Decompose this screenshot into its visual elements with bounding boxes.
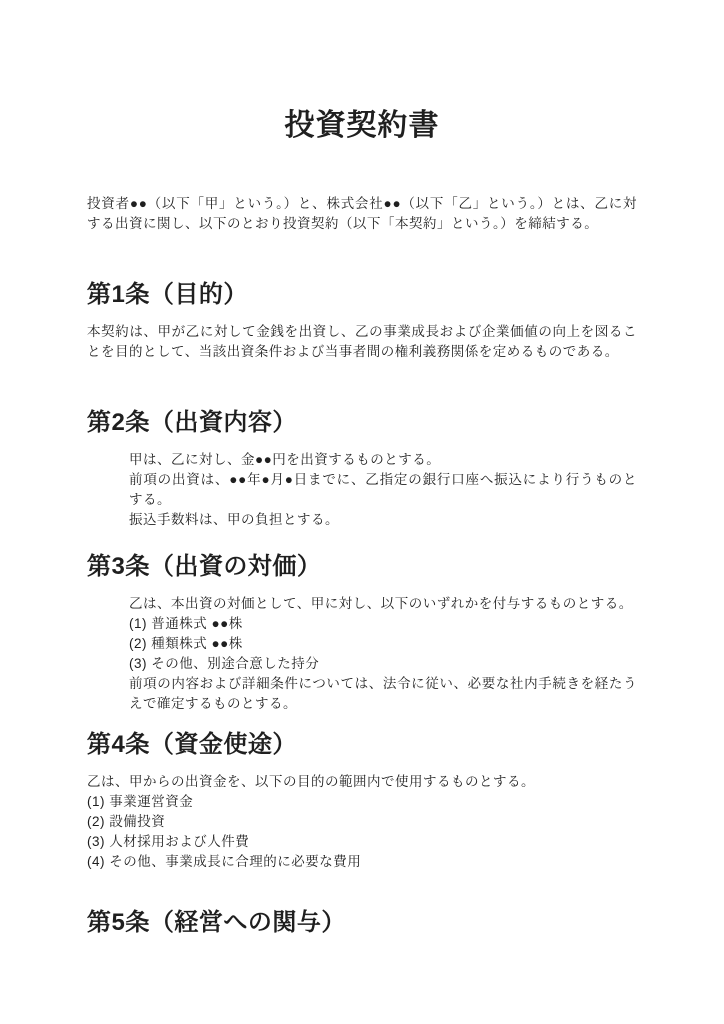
- section-article-1: 第1条（目的） 本契約は、甲が乙に対して金銭を出資し、乙の事業成長および企業価値…: [87, 280, 637, 362]
- article-4-heading: 第4条（資金使途）: [87, 730, 637, 760]
- section-article-4: 第4条（資金使途） 乙は、甲からの出資金を、以下の目的の範囲内で使用するものとす…: [87, 730, 637, 872]
- article-2-body: 甲は、乙に対し、金●●円を出資するものとする。 前項の出資は、●●年●月●日まで…: [87, 450, 637, 530]
- article-1-body: 本契約は、甲が乙に対して金銭を出資し、乙の事業成長および企業価値の向上を図ること…: [87, 322, 637, 362]
- document-title: 投資契約書: [87, 106, 637, 146]
- article-4-body: 乙は、甲からの出資金を、以下の目的の範囲内で使用するものとする。 (1) 事業運…: [87, 772, 637, 872]
- document-intro-paragraph: 投資者●●（以下「甲」という。）と、株式会社●●（以下「乙」という。）とは、乙に…: [87, 194, 637, 234]
- article-2-line-1: 甲は、乙に対し、金●●円を出資するものとする。: [129, 450, 637, 470]
- article-4-list-item-4: (4) その他、事業成長に合理的に必要な費用: [87, 852, 637, 872]
- section-article-3: 第3条（出資の対価） 乙は、本出資の対価として、甲に対し、以下のいずれかを付与す…: [87, 552, 637, 714]
- article-3-list-item-2: (2) 種類株式 ●●株: [129, 634, 637, 654]
- section-article-2: 第2条（出資内容） 甲は、乙に対し、金●●円を出資するものとする。 前項の出資は…: [87, 408, 637, 530]
- article-4-list-item-2: (2) 設備投資: [87, 812, 637, 832]
- article-4-list-item-3: (3) 人材採用および人件費: [87, 832, 637, 852]
- article-3-list-item-1: (1) 普通株式 ●●株: [129, 614, 637, 634]
- article-4-line-1: 乙は、甲からの出資金を、以下の目的の範囲内で使用するものとする。: [87, 772, 637, 792]
- article-1-line-1: 本契約は、甲が乙に対して金銭を出資し、乙の事業成長および企業価値の向上を図ること…: [87, 322, 637, 362]
- article-3-line-2: 前項の内容および詳細条件については、法令に従い、必要な社内手続きを経たうえで確定…: [129, 674, 637, 714]
- article-5-heading: 第5条（経営への関与）: [87, 908, 637, 938]
- document-page: 投資契約書 投資者●●（以下「甲」という。）と、株式会社●●（以下「乙」という。…: [0, 0, 724, 1024]
- article-3-heading: 第3条（出資の対価）: [87, 552, 637, 582]
- article-3-list-item-3: (3) その他、別途合意した持分: [129, 654, 637, 674]
- section-article-5: 第5条（経営への関与）: [87, 908, 637, 938]
- article-2-heading: 第2条（出資内容）: [87, 408, 637, 438]
- article-4-list-item-1: (1) 事業運営資金: [87, 792, 637, 812]
- article-2-line-2: 前項の出資は、●●年●月●日までに、乙指定の銀行口座へ振込により行うものとする。: [129, 470, 637, 510]
- article-2-line-3: 振込手数料は、甲の負担とする。: [129, 510, 637, 530]
- article-3-body: 乙は、本出資の対価として、甲に対し、以下のいずれかを付与するものとする。 (1)…: [87, 594, 637, 714]
- article-3-line-1: 乙は、本出資の対価として、甲に対し、以下のいずれかを付与するものとする。: [129, 594, 637, 614]
- article-1-heading: 第1条（目的）: [87, 280, 637, 310]
